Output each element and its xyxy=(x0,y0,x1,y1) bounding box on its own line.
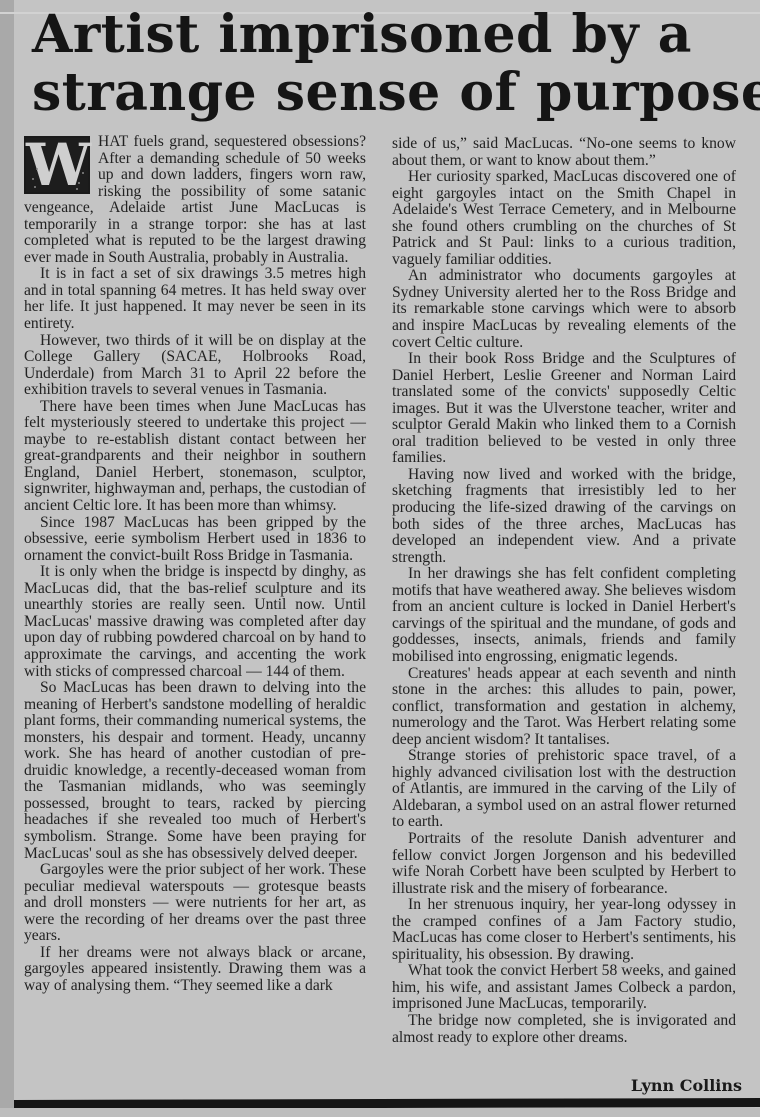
paragraph: In her strenuous inquiry, her year-long … xyxy=(392,897,736,963)
paragraph: Portraits of the resolute Danish adventu… xyxy=(392,831,736,897)
paragraph: What took the convict Herbert 58 weeks, … xyxy=(392,963,736,1013)
headline-line-1: Artist imprisoned by a xyxy=(32,6,752,64)
paragraph: Gargoyles were the prior subject of her … xyxy=(24,862,366,945)
paragraph: Creatures' heads appear at each seventh … xyxy=(392,666,736,749)
paragraph: side of us,” said MacLucas. “No-one seem… xyxy=(392,136,736,169)
paragraph: Strange stories of prehistoric space tra… xyxy=(392,748,736,831)
paragraph: Since 1987 MacLucas has been gripped by … xyxy=(24,515,366,565)
paragraph: If her dreams were not always black or a… xyxy=(24,945,366,995)
left-column: W HAT fuels grand, sequestered obsession… xyxy=(24,134,366,994)
paragraph: It is in fact a set of six drawings 3.5 … xyxy=(24,266,366,332)
paragraph: Having now lived and worked with the bri… xyxy=(392,467,736,566)
byline: Lynn Collins xyxy=(631,1076,742,1095)
paragraph: There have been times when June MacLucas… xyxy=(24,399,366,515)
paragraph: In their book Ross Bridge and the Sculpt… xyxy=(392,351,736,467)
headline: Artist imprisoned by a strange sense of … xyxy=(32,6,752,122)
paragraph: The bridge now completed, she is invigor… xyxy=(392,1013,736,1046)
paragraph: An administrator who documents gargoyles… xyxy=(392,268,736,351)
paragraph: However, two thirds of it will be on dis… xyxy=(24,333,366,399)
headline-line-2: strange sense of purpose xyxy=(32,64,752,122)
dropcap-ornament: W xyxy=(24,136,90,194)
page-strip-below xyxy=(0,1108,760,1117)
paragraph: Her curiosity sparked, MacLucas discover… xyxy=(392,169,736,268)
right-column: side of us,” said MacLucas. “No-one seem… xyxy=(392,136,736,1046)
paragraph: In her drawings she has felt confident c… xyxy=(392,566,736,665)
paragraph: So MacLucas has been drawn to delving in… xyxy=(24,680,366,862)
paragraph: It is only when the bridge is inspectd b… xyxy=(24,564,366,680)
